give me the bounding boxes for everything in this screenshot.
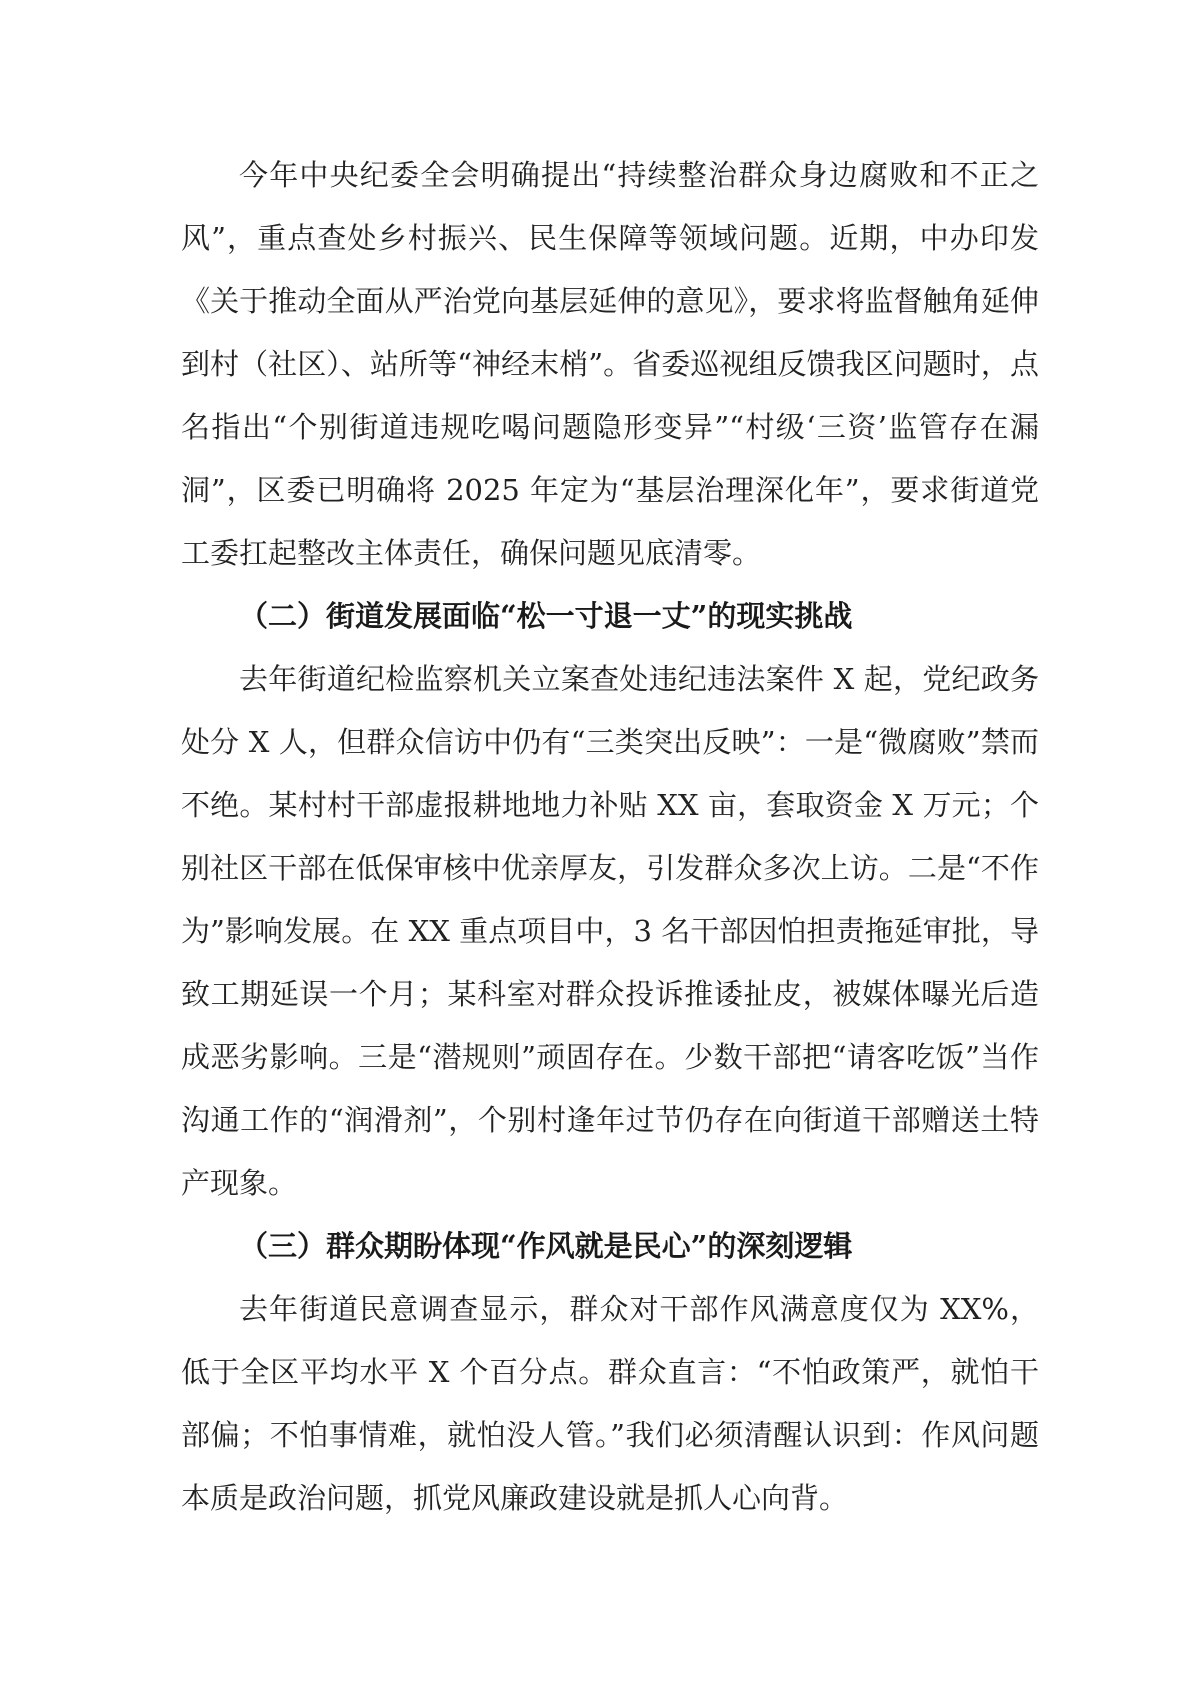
- document-page: 今年中央纪委全会明确提出“持续整治群众身边腐败和不正之风”，重点查处乡村振兴、民…: [0, 0, 1190, 1683]
- section-heading-2: （二）街道发展面临“松一寸退一丈”的现实挑战: [181, 585, 1039, 648]
- paragraph-central-commission-context: 今年中央纪委全会明确提出“持续整治群众身边腐败和不正之风”，重点查处乡村振兴、民…: [181, 144, 1039, 585]
- section-heading-3: （三）群众期盼体现“作风就是民心”的深刻逻辑: [181, 1215, 1039, 1278]
- paragraph-public-opinion-survey: 去年街道民意调查显示，群众对干部作风满意度仅为 XX%，低于全区平均水平 X 个…: [181, 1278, 1039, 1530]
- paragraph-street-development-challenges: 去年街道纪检监察机关立案查处违纪违法案件 X 起，党纪政务处分 X 人，但群众信…: [181, 648, 1039, 1215]
- document-content: 今年中央纪委全会明确提出“持续整治群众身边腐败和不正之风”，重点查处乡村振兴、民…: [181, 144, 1039, 1530]
